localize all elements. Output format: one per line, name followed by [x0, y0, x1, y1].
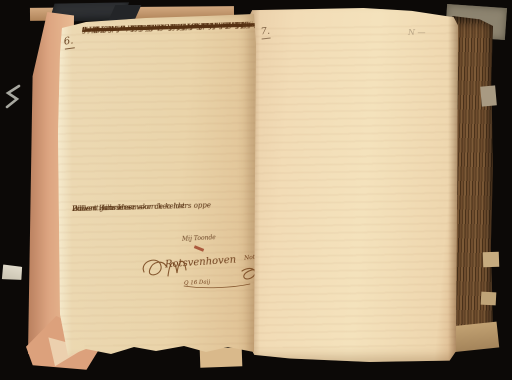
- fore-edge-tab-middle: [483, 252, 500, 268]
- show-through-text: [248, 22, 458, 348]
- cover-board-corner: [449, 322, 499, 353]
- folio-number-6: 6.: [63, 35, 74, 49]
- manuscript-paragraph: goeden goede ende raedts de versoeck van…: [82, 22, 254, 27]
- left-page: 6. goeden goede ende raedts de versoeck …: [56, 14, 256, 360]
- fore-edge-tab-lower: [481, 292, 497, 306]
- folio-number-7: 7.: [260, 26, 270, 40]
- signature-flourish: [138, 244, 272, 300]
- manuscript-photo: 7. N — 6. goeden goede ende raedts de ve…: [0, 0, 512, 380]
- notary-signature: Rotsvenhoven Nots Q 16 Daij: [138, 244, 272, 300]
- wire-clip: [4, 84, 22, 112]
- paper-repair-tab: [0, 261, 25, 285]
- faint-pencil-mark: N —: [408, 28, 426, 37]
- fore-edge-tab-top: [480, 85, 497, 106]
- right-page: 7. N —: [248, 8, 458, 362]
